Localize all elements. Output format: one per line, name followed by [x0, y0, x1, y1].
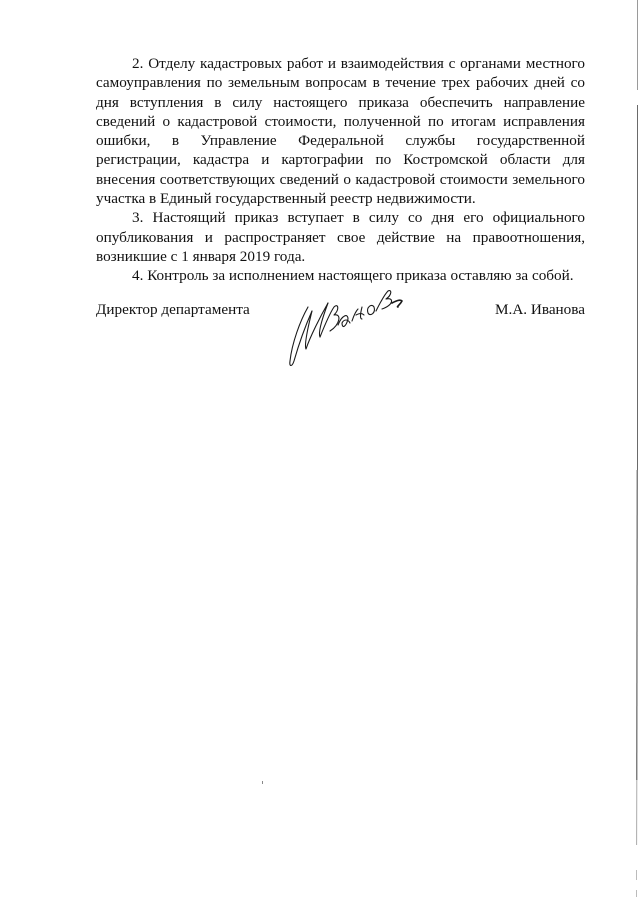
handwritten-signature-icon — [286, 287, 416, 377]
signatory-position: Директор департамента — [96, 301, 250, 319]
scan-speck — [262, 781, 263, 784]
signatory-name: М.А. Иванова — [495, 301, 585, 319]
paragraph-3: 3. Настоящий приказ вступает в силу со д… — [96, 208, 585, 266]
document-body: 2. Отделу кадастровых работ и взаимодейс… — [96, 54, 585, 286]
paragraph-2: 2. Отделу кадастровых работ и взаимодейс… — [96, 54, 585, 208]
document-page: 2. Отделу кадастровых работ и взаимодейс… — [0, 0, 640, 905]
paragraph-4: 4. Контроль за исполнением настоящего пр… — [96, 266, 585, 285]
scan-edge-line — [636, 0, 639, 905]
signature-block: Директор департамента М.А. Иванова — [96, 301, 585, 381]
